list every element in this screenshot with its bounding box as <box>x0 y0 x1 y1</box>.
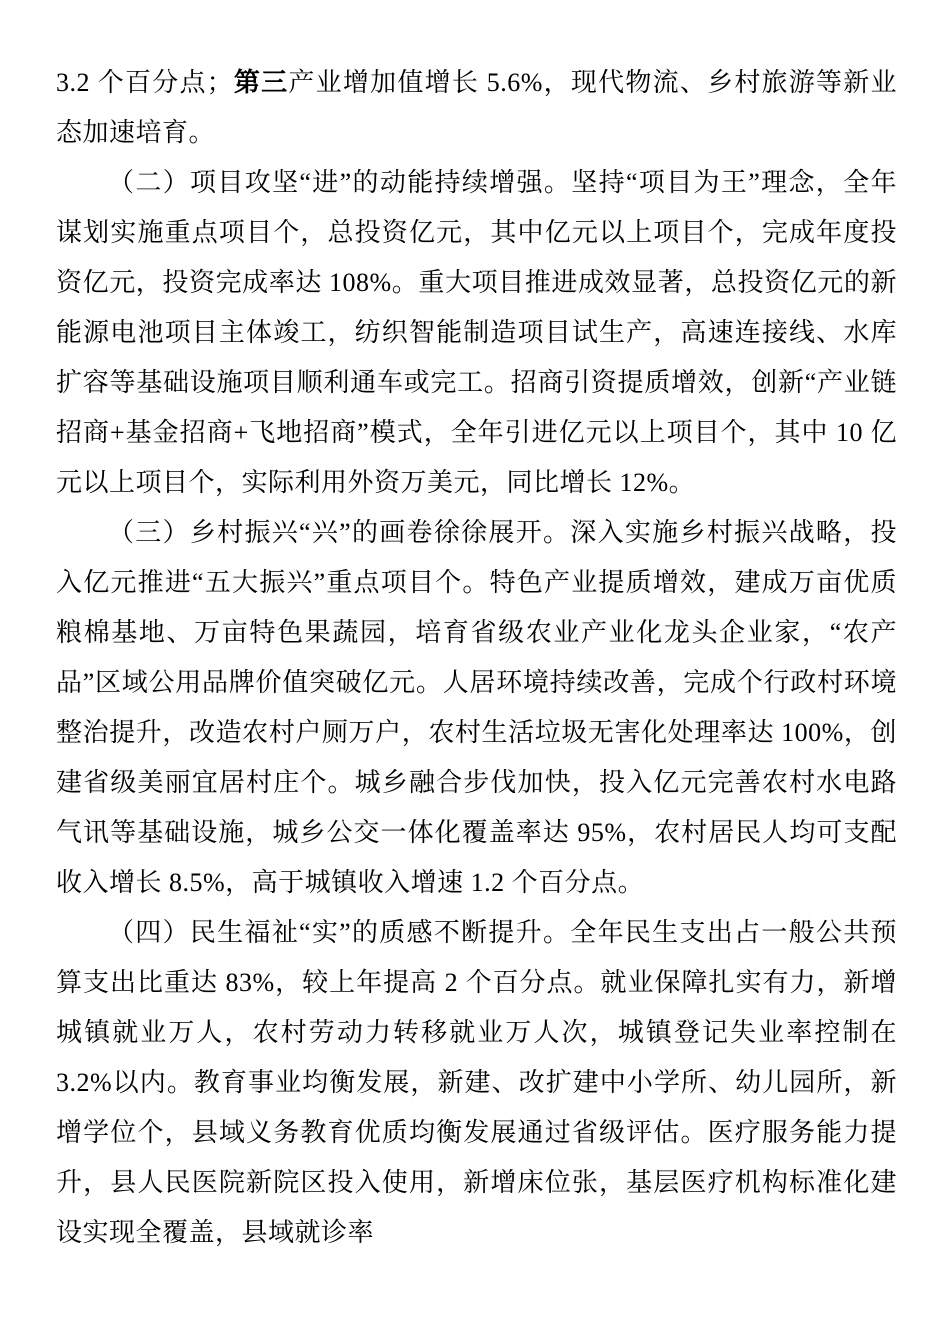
bold-text-segment: 第三 <box>233 68 288 97</box>
text-segment: （四）民生福祉“实”的质感不断提升。全年民生支出占一般公共预算支出比重达 83%… <box>56 918 897 1247</box>
text-segment: （三）乡村振兴“兴”的画卷徐徐展开。深入实施乡村振兴战略，投入亿元推进“五大振兴… <box>56 518 897 897</box>
paragraph: 3.2 个百分点；第三产业增加值增长 5.6%，现代物流、乡村旅游等新业态加速培… <box>56 58 897 158</box>
text-segment: （二）项目攻坚“进”的动能持续增强。坚持“项目为王”理念，全年谋划实施重点项目个… <box>56 168 897 497</box>
paragraph: （四）民生福祉“实”的质感不断提升。全年民生支出占一般公共预算支出比重达 83%… <box>56 908 897 1258</box>
document-page: 3.2 个百分点；第三产业增加值增长 5.6%，现代物流、乡村旅游等新业态加速培… <box>0 0 950 1344</box>
paragraph: （二）项目攻坚“进”的动能持续增强。坚持“项目为王”理念，全年谋划实施重点项目个… <box>56 158 897 508</box>
document-body: 3.2 个百分点；第三产业增加值增长 5.6%，现代物流、乡村旅游等新业态加速培… <box>56 58 897 1258</box>
text-segment: 3.2 个百分点； <box>56 68 233 97</box>
paragraph: （三）乡村振兴“兴”的画卷徐徐展开。深入实施乡村振兴战略，投入亿元推进“五大振兴… <box>56 508 897 908</box>
